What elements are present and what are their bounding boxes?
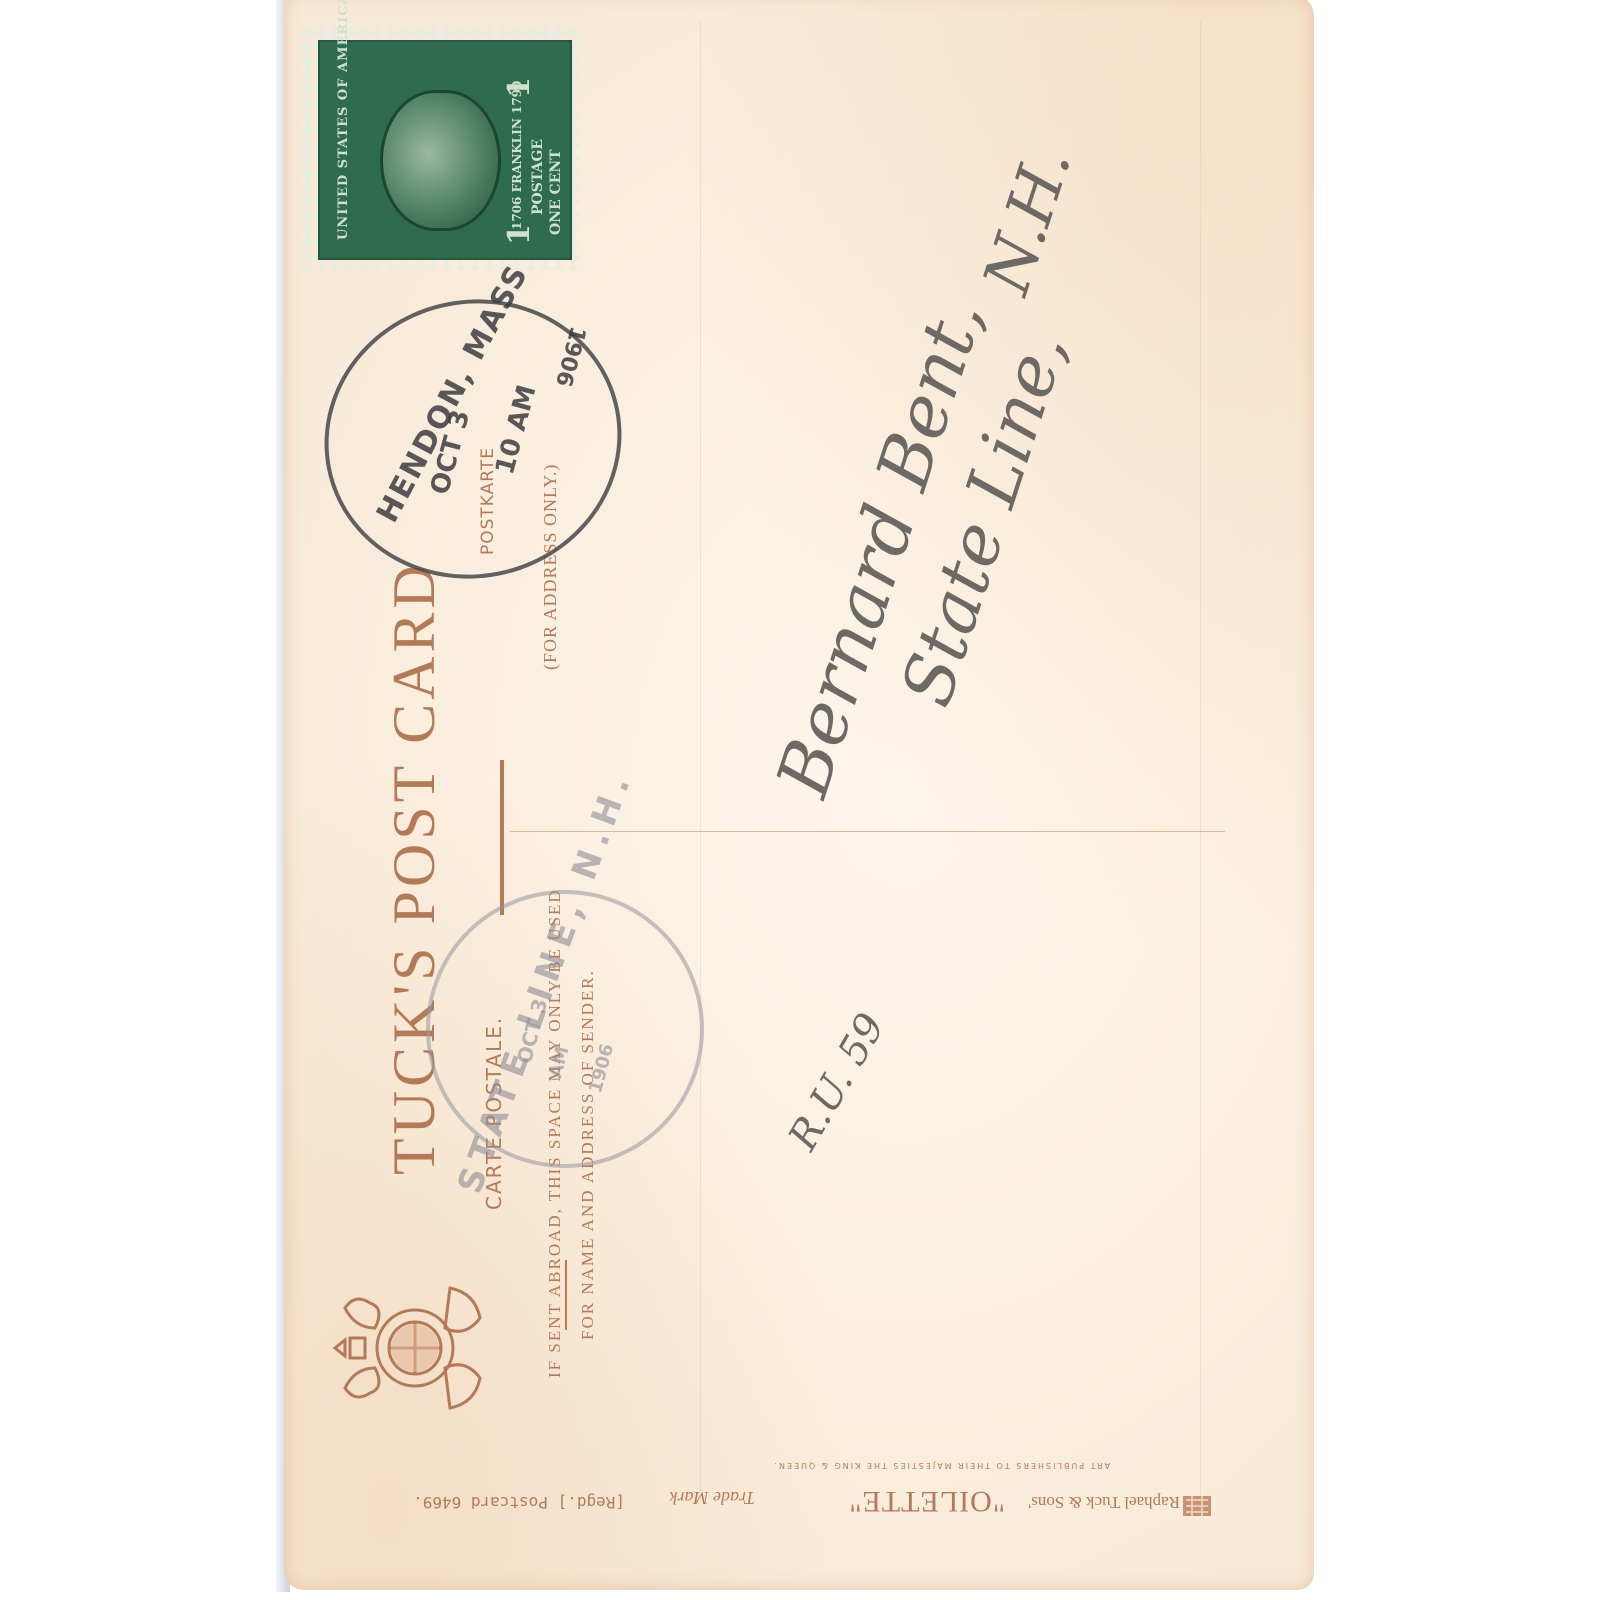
stamp-portrait-caption: 1706 FRANKLIN 1790	[510, 81, 524, 230]
franklin-portrait-icon	[380, 90, 501, 231]
footer-trademark: Trade Mark	[670, 1487, 756, 1508]
footer-oilette: "OILETTE"	[848, 1484, 1005, 1518]
divider-dash	[500, 760, 504, 915]
footer-reg-number: [Regd.] Postcard 6469.	[413, 1493, 625, 1512]
stamp-country: UNITED STATES OF AMERICA	[336, 0, 351, 240]
footer-royal-warrant: ART PUBLISHERS TO THEIR MAJESTIES THE KI…	[772, 1461, 1110, 1470]
royal-coat-of-arms-icon	[330, 1268, 500, 1428]
footer-publisher: Raphael Tuck & Sons'	[1028, 1492, 1180, 1512]
guide-line	[700, 20, 701, 1500]
stamp-value: ONE CENT	[548, 149, 564, 235]
abroad-underline	[565, 1260, 567, 1330]
stamp-postage: POSTAGE	[530, 139, 546, 215]
stamp-denomination-top: 1	[502, 77, 537, 98]
guide-line	[1200, 20, 1201, 1500]
stamp-denomination-bottom: 1	[502, 224, 537, 245]
tuck-easel-logo-icon	[1180, 1492, 1214, 1520]
